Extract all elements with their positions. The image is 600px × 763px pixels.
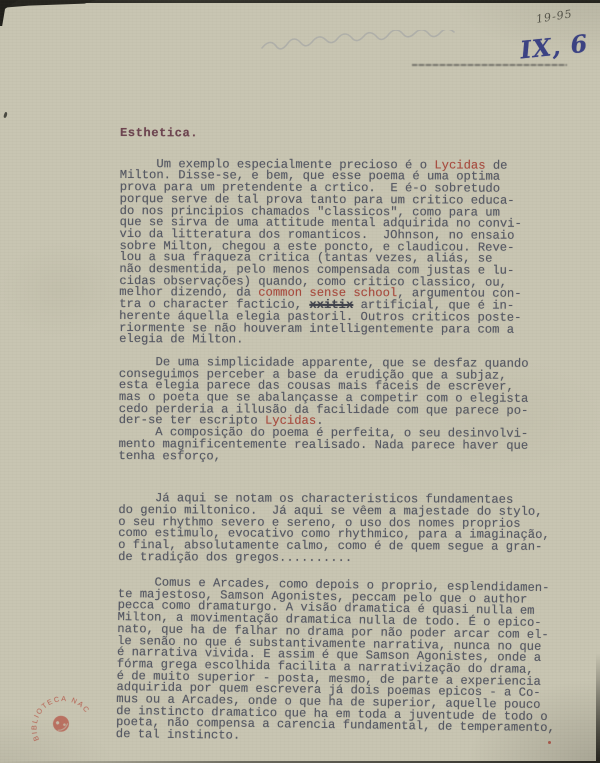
stamp-text: BIBLIOTECA NACIONAL — [14, 676, 93, 747]
svg-text:BIBLIOTECA NACIONAL: BIBLIOTECA NACIONAL — [14, 676, 93, 747]
ink-annotation: IX, 6 — [519, 29, 590, 65]
biblioteca-nacional-stamp: BIBLIOTECA NACIONAL — [14, 676, 107, 763]
pencil-annotation: 19-95 — [535, 7, 573, 26]
typescript: Esthetica. Um exemplo especialmente prec… — [117, 128, 592, 742]
stamp-emblem — [50, 713, 72, 735]
bleedthrough-handwriting — [258, 30, 483, 58]
paragraph: Um exemplo especialmente precioso é o Ly… — [119, 159, 592, 348]
page-title: Esthetica. — [120, 128, 592, 142]
bleedthrough-line — [412, 64, 567, 66]
typed-line: elegia de Milton. — [119, 334, 591, 348]
paragraph: Comus e Arcades, como depois o proprio, … — [116, 576, 590, 746]
paragraph: Já aqui se notam os characteristicos fun… — [118, 493, 590, 565]
typescript-body: Um exemplo especialmente precioso é o Ly… — [117, 159, 592, 743]
document-scan: 19-95 IX, 6 Esthetica. Um exemplo especi… — [0, 0, 600, 763]
paragraph: De uma simplicidade apparente, que se de… — [119, 357, 591, 464]
paper-speck — [3, 112, 8, 119]
scan-edge-right — [596, 653, 600, 763]
